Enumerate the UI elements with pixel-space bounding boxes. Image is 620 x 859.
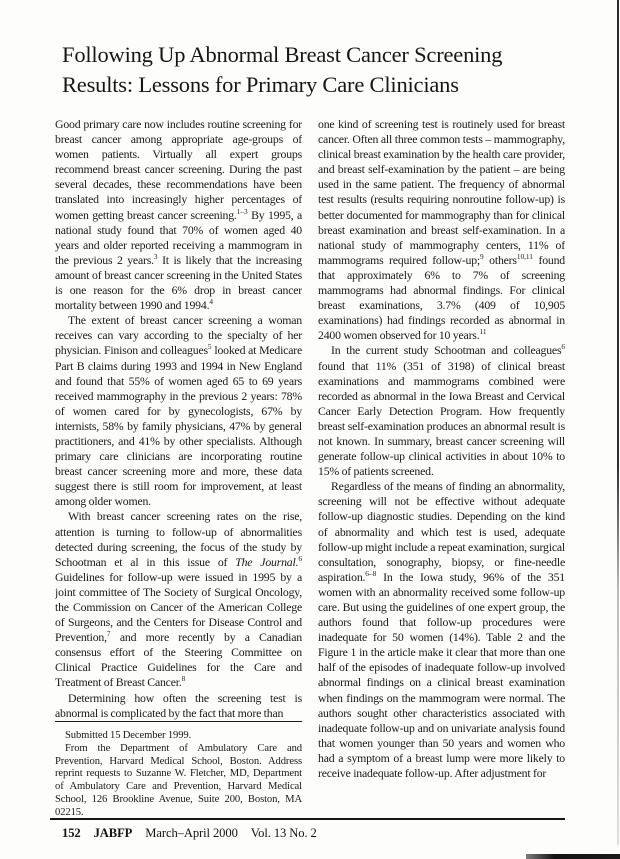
right-column: one kind of screening test is routinely … — [318, 117, 565, 818]
page-number: 152 — [62, 826, 81, 841]
journal-page: { "colors": { "ink": "#191919", "paper":… — [0, 0, 620, 859]
article-body: Good primary care now includes routine s… — [55, 117, 565, 818]
paragraph: From the Department of Ambulatory Care a… — [55, 743, 302, 818]
right-column-text: one kind of screening test is routinely … — [318, 117, 565, 781]
paragraph: Good primary care now includes routine s… — [55, 117, 302, 313]
footnote-text: Submitted 15 December 1999.From the Depa… — [55, 730, 302, 818]
paragraph: Regardless of the means of finding an ab… — [318, 479, 565, 781]
article-title: Following Up Abnormal Breast Cancer Scre… — [62, 40, 592, 100]
issue-date: March–April 2000 — [145, 826, 237, 841]
paragraph: one kind of screening test is routinely … — [318, 117, 565, 343]
volume-info: Vol. 13 No. 2 — [251, 826, 317, 841]
paragraph: The extent of breast cancer screening a … — [55, 313, 302, 509]
article-title-line1: Following Up Abnormal Breast Cancer Scre… — [62, 40, 592, 70]
left-column-text: Good primary care now includes routine s… — [55, 117, 302, 721]
scan-artifact-bottom-shadow — [526, 854, 620, 859]
scan-artifact-right-line — [617, 0, 619, 845]
article-title-line2: Results: Lessons for Primary Care Clinic… — [62, 70, 592, 100]
paragraph: In the current study Schootman and colle… — [318, 343, 565, 479]
paragraph: Determining how often the screening test… — [55, 691, 302, 721]
footer-rule — [50, 818, 565, 820]
journal-abbrev: JABFP — [94, 826, 133, 841]
footnote-divider — [55, 721, 302, 723]
page-footer: 152 JABFP March–April 2000 Vol. 13 No. 2 — [62, 826, 317, 841]
left-column: Good primary care now includes routine s… — [55, 117, 302, 818]
paragraph: Submitted 15 December 1999. — [55, 730, 302, 743]
footnote: Submitted 15 December 1999.From the Depa… — [55, 721, 302, 818]
paragraph: With breast cancer screening rates on th… — [55, 509, 302, 690]
